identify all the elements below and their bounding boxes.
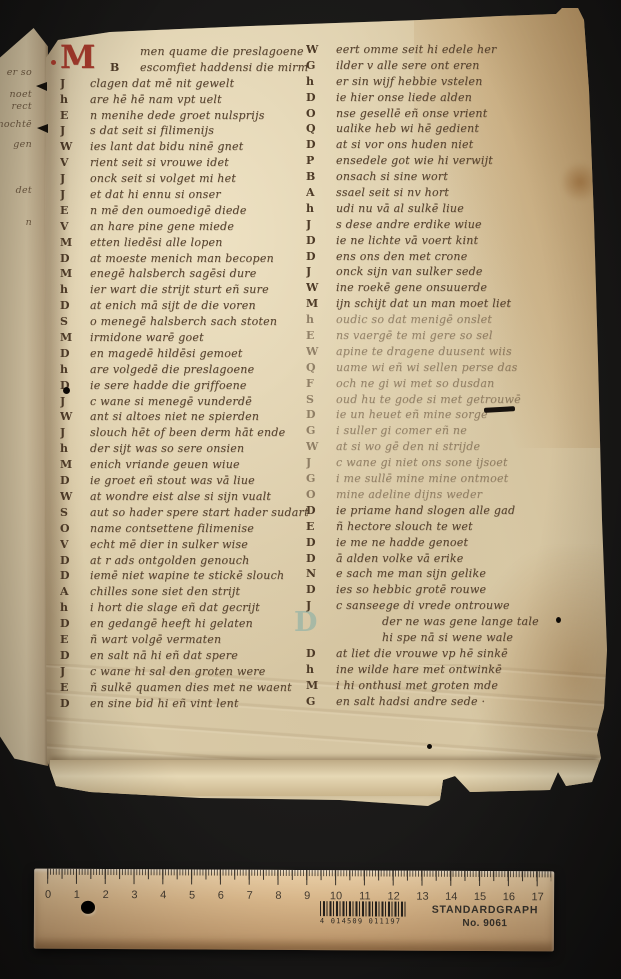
line-initial-letter: D — [60, 616, 90, 632]
manuscript-line: der ne was gene lange tale — [306, 614, 590, 630]
line-initial-letter: V — [60, 537, 90, 553]
ruler-number: 14 — [445, 891, 457, 903]
line-initial-letter: J — [60, 171, 90, 187]
manuscript-line: Jet dat hi ennu si onser — [60, 187, 308, 203]
brand-name: STANDARDGRAPH — [412, 904, 558, 917]
line-initial-letter: V — [60, 219, 90, 235]
manuscript-line: hi spe nā si wene wale — [306, 630, 590, 646]
line-text: s dese andre erdike wiue — [336, 217, 590, 233]
manuscript-line: Dā alden volke vā erike — [306, 551, 590, 567]
line-text: name contsettene filimenise — [90, 521, 308, 537]
line-initial-letter: J — [60, 123, 90, 139]
line-initial-letter: Q — [306, 121, 336, 137]
line-initial-letter: W — [306, 439, 336, 455]
line-initial-letter: Q — [306, 360, 336, 376]
manuscript-line: Den sine bid hi eñ vint lent — [60, 696, 308, 712]
line-text: ie priame hand slogen alle gad — [336, 503, 590, 519]
ruler-ticks — [47, 869, 551, 887]
manuscript-line: So menegē halsberch sach stoten — [60, 314, 308, 330]
manuscript-line: Soud hu te gode si met getrouwē — [306, 392, 590, 408]
line-initial-letter: M — [60, 235, 90, 251]
manuscript-line: Dat moeste menich man becopen — [60, 251, 308, 267]
manuscript-line: Die un heuet eñ mine sorge — [306, 407, 590, 423]
model-number: No. 9061 — [412, 918, 558, 930]
manuscript-line: Eñ hectore slouch te wet — [306, 519, 590, 535]
manuscript-line: hier wart die strijt sturt eñ sure — [60, 282, 308, 298]
line-initial-letter: h — [306, 74, 336, 90]
line-initial-letter: J — [306, 264, 336, 280]
manuscript-line: her sin wijf hebbie vstelen — [306, 74, 590, 90]
manuscript-line: houdic so dat menigē onslet — [306, 312, 590, 328]
manuscript-line: men quame die preslagoene — [60, 44, 308, 60]
line-initial-letter: W — [306, 42, 336, 58]
manuscript-line: Bescomfiet haddensi die mirmidone — [60, 60, 308, 76]
manuscript-line: hare volgedē die preslagoene — [60, 362, 308, 378]
manuscript-line: Metten liedēsi alle lopen — [60, 235, 308, 251]
line-initial-letter: B — [110, 60, 140, 76]
manuscript-line: Wine roekē gene onsuuerde — [306, 280, 590, 296]
gutter-text-fragment: n — [26, 218, 32, 228]
line-text: ilder v alle sere ont eren — [336, 58, 590, 74]
manuscript-line: Js dat seit si filimenijs — [60, 123, 308, 139]
gutter-text-fragment: noet — [10, 90, 32, 100]
manuscript-line: Achilles sone siet den strijt — [60, 584, 308, 600]
manuscript-line: Die ne lichte vā voert kint — [306, 233, 590, 249]
parchment-page: M D men quame die preslagoeneBescomfiet … — [44, 8, 614, 812]
ruler-number: 0 — [45, 889, 51, 901]
line-text: der sijt was so sere onsien — [90, 441, 308, 457]
manuscript-line: Die priame hand slogen alle gad — [306, 503, 590, 519]
line-initial-letter: J — [60, 664, 90, 680]
line-initial-letter: D — [60, 473, 90, 489]
manuscript-line: hi hort die slage eñ dat gecrijt — [60, 600, 308, 616]
ruler-number: 7 — [247, 890, 253, 902]
line-initial-letter: W — [60, 139, 90, 155]
line-text: an hare pine gene miede — [90, 219, 308, 235]
line-initial-letter: h — [60, 92, 90, 108]
line-initial-letter: O — [306, 106, 336, 122]
gutter-text-fragment: er so — [7, 68, 32, 78]
line-initial-letter: O — [306, 487, 336, 503]
line-text: och ne gi wi met so dusdan — [336, 376, 590, 392]
line-text: onsach si sine wort — [336, 169, 590, 185]
manuscript-line: Assael seit si nv hort — [306, 185, 590, 201]
manuscript-line: En mē den oumoedigē diede — [60, 203, 308, 219]
manuscript-line: Den salt nā hi eñ dat spere — [60, 648, 308, 664]
ruler-number: 2 — [103, 889, 109, 901]
manuscript-line: Den magedē hildēsi gemoet — [60, 346, 308, 362]
manuscript-line: Wat si wo gē den ni strijde — [306, 439, 590, 455]
line-text: en sine bid hi eñ vint lent — [90, 696, 308, 712]
line-initial-letter: h — [60, 282, 90, 298]
line-text: at enich mā sijt de die voren — [90, 298, 308, 314]
line-text: slouch hēt of been derm hāt ende — [90, 425, 308, 441]
manuscript-line: Gilder v alle sere ont eren — [306, 58, 590, 74]
line-text: i hort die slage eñ dat gecrijt — [90, 600, 308, 616]
line-text: chilles sone siet den strijt — [90, 584, 308, 600]
line-initial-letter: h — [60, 441, 90, 457]
line-initial-letter: F — [306, 376, 336, 392]
line-initial-letter: O — [60, 521, 90, 537]
manuscript-line: hudi nu vā al sulkē liue — [306, 201, 590, 217]
line-text: clagen dat mē nit gewelt — [90, 76, 308, 92]
manuscript-line: Menegē halsberch sagēsi dure — [60, 266, 308, 282]
line-initial-letter: J — [60, 187, 90, 203]
previous-folio-edge: er sonoetrectmochtēgendetn — [0, 28, 48, 766]
line-text: ie hier onse liede alden — [336, 90, 590, 106]
manuscript-line: Ne sach me man sijn gelike — [306, 566, 590, 582]
ruler-number: 1 — [74, 889, 80, 901]
line-initial-letter: h — [306, 312, 336, 328]
line-text: nse gesellē eñ onse vrient — [336, 106, 590, 122]
line-initial-letter: D — [306, 249, 336, 265]
line-text: ie sere hadde die griffoene — [90, 378, 308, 394]
line-text: i suller gi comer eñ ne — [336, 423, 590, 439]
line-text: udi nu vā al sulkē liue — [336, 201, 590, 217]
line-initial-letter: J — [306, 455, 336, 471]
manuscript-line: Vrient seit si vrouwe idet — [60, 155, 308, 171]
line-text: onck seit si volget mi het — [90, 171, 308, 187]
manuscript-line: Foch ne gi wi met so dusdan — [306, 376, 590, 392]
line-initial-letter: W — [60, 489, 90, 505]
manuscript-line: Van hare pine gene miede — [60, 219, 308, 235]
line-text: c wane hi sal den groten were — [90, 664, 308, 680]
wormhole — [63, 387, 70, 394]
line-text: uame wi eñ wi sellen perse das — [336, 360, 590, 376]
manuscript-line: Quame wi eñ wi sellen perse das — [306, 360, 590, 376]
line-initial-letter: D — [60, 251, 90, 267]
line-initial-letter: D — [306, 646, 336, 662]
line-text: n menihe dede groet nulsprijs — [90, 108, 308, 124]
manuscript-line: Saut so hader spere start hader sudart — [60, 505, 308, 521]
line-initial-letter: J — [60, 425, 90, 441]
line-text: hi spe nā si wene wale — [382, 630, 590, 646]
line-text: o menegē halsberch sach stoten — [90, 314, 308, 330]
line-text: i me sullē mine mine ontmoet — [336, 471, 590, 487]
ruler-number: 16 — [503, 891, 515, 903]
manuscript-line: Menich vriande geuen wiue — [60, 457, 308, 473]
line-initial-letter: D — [306, 233, 336, 249]
line-initial-letter: D — [306, 407, 336, 423]
line-text: etten liedēsi alle lopen — [90, 235, 308, 251]
line-text: n mē den oumoedigē diede — [90, 203, 308, 219]
manuscript-line: Onse gesellē eñ onse vrient — [306, 106, 590, 122]
line-initial-letter: D — [60, 553, 90, 569]
line-initial-letter: M — [60, 266, 90, 282]
line-initial-letter: h — [60, 362, 90, 378]
line-initial-letter: D — [60, 696, 90, 712]
line-initial-letter: G — [306, 423, 336, 439]
line-text: at r ads ontgolden genouch — [90, 553, 308, 569]
manuscript-line: En menihe dede groet nulsprijs — [60, 108, 308, 124]
line-text: c wane gi niet ons sone ijsoet — [336, 455, 590, 471]
line-text: ie ne lichte vā voert kint — [336, 233, 590, 249]
manuscript-line: Gi me sullē mine mine ontmoet — [306, 471, 590, 487]
manuscript-line: Dat enich mā sijt de die voren — [60, 298, 308, 314]
manuscript-line: Den gedangē heeft hi gelaten — [60, 616, 308, 632]
line-text: en magedē hildēsi gemoet — [90, 346, 308, 362]
line-text: er sin wijf hebbie vstelen — [336, 74, 590, 90]
line-initial-letter: S — [60, 505, 90, 521]
line-text: ies so hebbic grotē rouwe — [336, 582, 590, 598]
brand-block: STANDARDGRAPH No. 9061 — [412, 904, 558, 930]
manuscript-line: Jc wane hi sal den groten were — [60, 664, 308, 680]
line-text: at moeste menich man becopen — [90, 251, 308, 267]
line-text: ens ons den met crone — [336, 249, 590, 265]
wormhole — [556, 617, 561, 623]
line-text: rient seit si vrouwe idet — [90, 155, 308, 171]
manuscript-line: Dat r ads ontgolden genouch — [60, 553, 308, 569]
barcode-bars — [320, 901, 406, 916]
line-text: c sanseege di vrede ontrouwe — [336, 598, 590, 614]
line-text: i hi onthusi met groten mde — [336, 678, 590, 694]
gutter-text-fragment: gen — [13, 140, 32, 150]
line-text: et dat hi ennu si onser — [90, 187, 308, 203]
line-initial-letter: P — [306, 153, 336, 169]
line-initial-letter: h — [306, 662, 336, 678]
ruler-hole — [81, 901, 95, 914]
text-column-1: men quame die preslagoeneBescomfiet hadd… — [60, 44, 308, 711]
line-initial-letter: D — [306, 90, 336, 106]
gutter-text-fragment: rect — [11, 102, 32, 112]
line-initial-letter: h — [60, 600, 90, 616]
line-initial-letter: D — [60, 298, 90, 314]
line-initial-letter: D — [306, 551, 336, 567]
line-initial-letter: D — [306, 582, 336, 598]
ruler-number: 6 — [218, 890, 224, 902]
manuscript-photo: er sonoetrectmochtēgendetn M D men quame… — [0, 0, 621, 979]
ruler-number: 9 — [304, 890, 310, 902]
barcode: 4 014509 011197 — [320, 901, 406, 925]
barcode-digits: 4 014509 011197 — [320, 917, 406, 925]
manuscript-line: Mi hi onthusi met groten mde — [306, 678, 590, 694]
line-initial-letter: A — [60, 584, 90, 600]
line-text: ñ hectore slouch te wet — [336, 519, 590, 535]
line-text: ier wart die strijt sturt eñ sure — [90, 282, 308, 298]
wormhole — [427, 744, 432, 749]
line-text: at si vor ons huden niet — [336, 137, 590, 153]
line-text: escomfiet haddensi die mirmidone — [140, 60, 308, 76]
line-text: ualike heb wi hē gedient — [336, 121, 590, 137]
line-initial-letter: D — [306, 503, 336, 519]
line-text: ijn schijt dat un man moet liet — [336, 296, 590, 312]
line-initial-letter: E — [306, 328, 336, 344]
line-text: aut so hader spere start hader sudart — [90, 505, 308, 521]
manuscript-line: hare hē hē nam vpt uelt — [60, 92, 308, 108]
line-text: ssael seit si nv hort — [336, 185, 590, 201]
line-initial-letter: M — [60, 330, 90, 346]
line-initial-letter: V — [60, 155, 90, 171]
line-text: echt mē dier in sulker wise — [90, 537, 308, 553]
text-column-2: Weert omme seit hi edele herGilder v all… — [306, 42, 590, 709]
manuscript-line: Dens ons den met crone — [306, 249, 590, 265]
line-initial-letter: G — [306, 471, 336, 487]
manuscript-line: Die me ne hadde genoet — [306, 535, 590, 551]
line-text: ie un heuet eñ mine sorge — [336, 407, 590, 423]
line-text: onck sijn van sulker sede — [336, 264, 590, 280]
line-initial-letter: G — [306, 58, 336, 74]
ruler-number: 3 — [131, 889, 137, 901]
line-text: oudic so dat menigē onslet — [336, 312, 590, 328]
manuscript-line: Mirmidone warē goet — [60, 330, 308, 346]
manuscript-line: Jc wane gi niet ons sone ijsoet — [306, 455, 590, 471]
ruler-number: 17 — [532, 891, 544, 903]
manuscript-line: Qualike heb wi hē gedient — [306, 121, 590, 137]
manuscript-line: Pensedele got wie hi verwijt — [306, 153, 590, 169]
manuscript-line: Eñ wart volgē vermaten — [60, 632, 308, 648]
manuscript-line: Want si altoes niet ne spierden — [60, 409, 308, 425]
line-text: at wondre eist alse si sijn vualt — [90, 489, 308, 505]
line-initial-letter: D — [60, 346, 90, 362]
manuscript-line: Die hier onse liede alden — [306, 90, 590, 106]
manuscript-line: Oname contsettene filimenise — [60, 521, 308, 537]
manuscript-line: hine wilde hare met ontwinkē — [306, 662, 590, 678]
manuscript-line: Mijn schijt dat un man moet liet — [306, 296, 590, 312]
manuscript-line: Gen salt hadsi andre sede · — [306, 694, 590, 710]
manuscript-line: Die groet eñ stout was vā liue — [60, 473, 308, 489]
manuscript-line: Ens vaergē te mi gere so sel — [306, 328, 590, 344]
ruler-number: 13 — [416, 891, 428, 903]
manuscript-line: Js dese andre erdike wiue — [306, 217, 590, 233]
line-text: ns vaergē te mi gere so sel — [336, 328, 590, 344]
line-initial-letter: D — [306, 535, 336, 551]
manuscript-line: Wies lant dat bidu ninē gnet — [60, 139, 308, 155]
manuscript-line: Gi suller gi comer eñ ne — [306, 423, 590, 439]
line-initial-letter: J — [60, 76, 90, 92]
line-text: men quame die preslagoene — [140, 44, 308, 60]
manuscript-line: Wapine te dragene duusent wiis — [306, 344, 590, 360]
manuscript-line: Dat liet die vrouwe vp hē sinkē — [306, 646, 590, 662]
line-text: en salt hadsi andre sede · — [336, 694, 590, 710]
line-text: en salt nā hi eñ dat spere — [90, 648, 308, 664]
ruler-number: 15 — [474, 891, 486, 903]
manuscript-line: Jonck sijn van sulker sede — [306, 264, 590, 280]
rubric-dot — [51, 60, 56, 65]
line-text: ensedele got wie hi verwijt — [336, 153, 590, 169]
line-initial-letter: E — [60, 108, 90, 124]
line-text: en gedangē heeft hi gelaten — [90, 616, 308, 632]
line-text: at liet die vrouwe vp hē sinkē — [336, 646, 590, 662]
line-text: iemē niet wapine te stickē slouch — [90, 568, 308, 584]
manuscript-line: Weert omme seit hi edele her — [306, 42, 590, 58]
line-text: enegē halsberch sagēsi dure — [90, 266, 308, 282]
manuscript-line: Vecht mē dier in sulker wise — [60, 537, 308, 553]
line-initial-letter: J — [306, 598, 336, 614]
line-initial-letter: h — [306, 201, 336, 217]
line-text: oud hu te gode si met getrouwē — [336, 392, 590, 408]
line-text: s dat seit si filimenijs — [90, 123, 308, 139]
line-initial-letter: D — [306, 137, 336, 153]
line-initial-letter: S — [60, 314, 90, 330]
ruler-number: 5 — [189, 889, 195, 901]
line-text: mine adeline dijns weder — [336, 487, 590, 503]
manuscript-line: Eñ sulkē quamen dies met ne waent — [60, 680, 308, 696]
gutter-text-fragment: det — [16, 186, 32, 196]
line-text: ine wilde hare met ontwinkē — [336, 662, 590, 678]
line-text: e sach me man sijn gelike — [336, 566, 590, 582]
line-initial-letter: J — [60, 394, 90, 410]
line-initial-letter: M — [60, 457, 90, 473]
manuscript-line: Diemē niet wapine te stickē slouch — [60, 568, 308, 584]
line-text: ie me ne hadde genoet — [336, 535, 590, 551]
line-initial-letter: E — [60, 203, 90, 219]
manuscript-line: Wat wondre eist alse si sijn vualt — [60, 489, 308, 505]
line-text: ā alden volke vā erike — [336, 551, 590, 567]
line-initial-letter: S — [306, 392, 336, 408]
line-text: enich vriande geuen wiue — [90, 457, 308, 473]
manuscript-line: Jonck seit si volget mi het — [60, 171, 308, 187]
line-initial-letter: D — [60, 648, 90, 664]
line-initial-letter: E — [60, 632, 90, 648]
line-initial-letter: B — [306, 169, 336, 185]
fold-crease — [50, 760, 598, 796]
line-text: at si wo gē den ni strijde — [336, 439, 590, 455]
line-initial-letter: J — [306, 217, 336, 233]
manuscript-line: Jslouch hēt of been derm hāt ende — [60, 425, 308, 441]
line-text: ñ wart volgē vermaten — [90, 632, 308, 648]
line-text: eert omme seit hi edele her — [336, 42, 590, 58]
line-initial-letter: E — [306, 519, 336, 535]
line-initial-letter: G — [306, 694, 336, 710]
manuscript-line: Bonsach si sine wort — [306, 169, 590, 185]
manuscript-line: Die sere hadde die griffoene — [60, 378, 308, 394]
line-initial-letter: M — [306, 678, 336, 694]
line-initial-letter: W — [306, 280, 336, 296]
manuscript-line: Omine adeline dijns weder — [306, 487, 590, 503]
manuscript-line: Jc wane si menegē vunderdē — [60, 394, 308, 410]
ruler-number: 4 — [160, 889, 166, 901]
manuscript-line: Dies so hebbic grotē rouwe — [306, 582, 590, 598]
manuscript-line: hder sijt was so sere onsien — [60, 441, 308, 457]
gutter-text-fragment: mochtē — [0, 120, 32, 130]
line-initial-letter: D — [60, 568, 90, 584]
ruler: 01234567891011121314151617 4 014509 0111… — [34, 869, 554, 952]
line-initial-letter: A — [306, 185, 336, 201]
line-text: c wane si menegē vunderdē — [90, 394, 308, 410]
manuscript-line: Jc sanseege di vrede ontrouwe — [306, 598, 590, 614]
line-text: ñ sulkē quamen dies met ne waent — [90, 680, 308, 696]
line-text: ies lant dat bidu ninē gnet — [90, 139, 308, 155]
line-text: irmidone warē goet — [90, 330, 308, 346]
line-text: apine te dragene duusent wiis — [336, 344, 590, 360]
line-text: ant si altoes niet ne spierden — [90, 409, 308, 425]
line-text: ie groet eñ stout was vā liue — [90, 473, 308, 489]
line-text: are hē hē nam vpt uelt — [90, 92, 308, 108]
line-text: ine roekē gene onsuuerde — [336, 280, 590, 296]
line-text: are volgedē die preslagoene — [90, 362, 308, 378]
line-initial-letter: E — [60, 680, 90, 696]
manuscript-line: Jclagen dat mē nit gewelt — [60, 76, 308, 92]
line-initial-letter: M — [306, 296, 336, 312]
line-initial-letter: N — [306, 566, 336, 582]
line-initial-letter: W — [60, 409, 90, 425]
manuscript-line: Dat si vor ons huden niet — [306, 137, 590, 153]
line-initial-letter: W — [306, 344, 336, 360]
ruler-number: 8 — [275, 890, 281, 902]
